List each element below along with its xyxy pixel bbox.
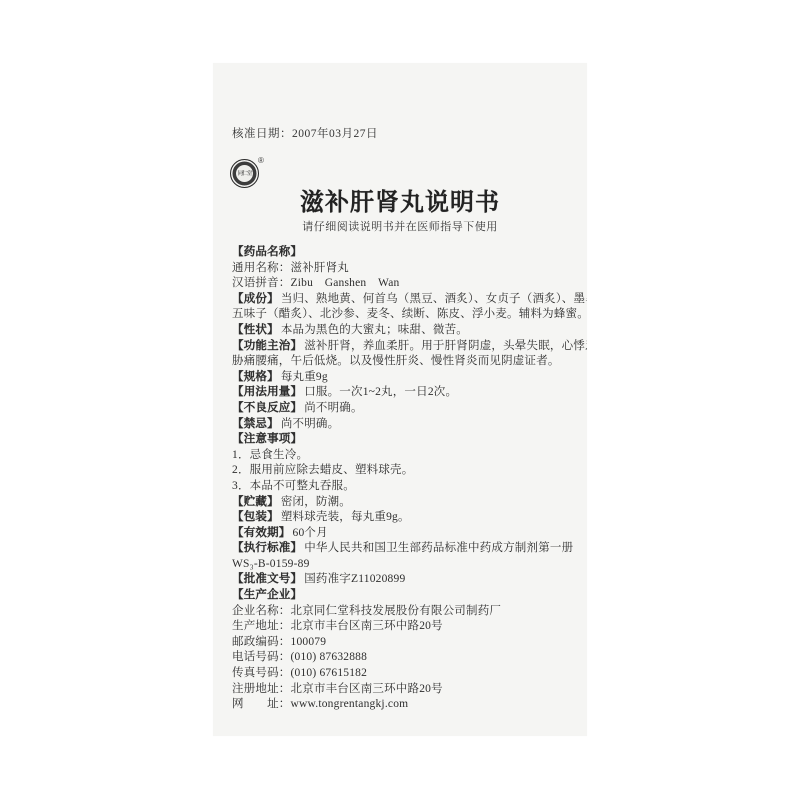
insert-line: 传真号码：(010) 67615182: [232, 666, 575, 682]
section-text: 塑料球壳装，每丸重9g。: [281, 511, 410, 523]
section-text: 胁痛腰痛，午后低烧。以及慢性肝炎、慢性肾炎而见阴虚证者。: [232, 355, 560, 367]
insert-line: WS₃-B-0159-89: [232, 557, 575, 573]
insert-line: 【贮藏】密闭，防潮。: [232, 495, 575, 511]
section-text: 当归、熟地黄、何首乌（黑豆、酒炙）、女贞子（酒炙）、墨旱莲、: [281, 293, 587, 305]
section-text: 3．本品不可整丸吞服。: [232, 480, 355, 492]
section-text: 国药准字Z11020899: [304, 573, 405, 585]
insert-line: 【批准文号】国药准字Z11020899: [232, 572, 575, 588]
approval-date: 核准日期：2007年03月27日: [232, 127, 587, 141]
insert-line: 【包装】塑料球壳装，每丸重9g。: [232, 510, 575, 526]
section-header: 【生产企业】: [232, 589, 302, 601]
section-header: 【有效期】: [232, 527, 291, 539]
section-text: 五味子（醋炙）、北沙参、麦冬、续断、陈皮、浮小麦。辅料为蜂蜜。: [232, 308, 587, 320]
insert-line: 【生产企业】: [232, 588, 575, 604]
section-header: 【不良反应】: [232, 402, 302, 414]
section-text: 滋补肝肾，养血柔肝。用于肝肾阴虚，头晕失眠，心悸乏力，: [304, 340, 587, 352]
section-text: 尚不明确。: [281, 418, 340, 430]
section-text: 邮政编码：100079: [232, 636, 326, 648]
insert-line: 注册地址：北京市丰台区南三环中路20号: [232, 682, 575, 698]
insert-line: 邮政编码：100079: [232, 635, 575, 651]
insert-line: 胁痛腰痛，午后低烧。以及慢性肝炎、慢性肾炎而见阴虚证者。: [232, 354, 575, 370]
section-header: 【包装】: [232, 511, 279, 523]
insert-line: 3．本品不可整丸吞服。: [232, 479, 575, 495]
section-text: 1．忌食生冷。: [232, 449, 308, 461]
section-text: 网 址：www.tongrentangkj.com: [232, 698, 408, 710]
section-text: 生产地址：北京市丰台区南三环中路20号: [232, 620, 443, 632]
section-text: 口服。一次1~2丸，一日2次。: [304, 386, 457, 398]
section-header: 【性状】: [232, 324, 279, 336]
insert-title: 滋补肝肾丸说明书: [213, 191, 587, 215]
section-text: 中华人民共和国卫生部药品标准中药成方制剂第一册: [304, 542, 573, 554]
package-insert-page: 核准日期：2007年03月27日 同仁堂 ® 滋补肝肾丸说明书 请仔细阅读说明书…: [213, 63, 587, 736]
insert-subtitle: 请仔细阅读说明书并在医师指导下使用: [213, 220, 587, 234]
insert-line: 【成份】当归、熟地黄、何首乌（黑豆、酒炙）、女贞子（酒炙）、墨旱莲、: [232, 292, 575, 308]
section-header: 【禁忌】: [232, 418, 279, 430]
section-text: 企业名称：北京同仁堂科技发展股份有限公司制药厂: [232, 605, 501, 617]
insert-line: 五味子（醋炙）、北沙参、麦冬、续断、陈皮、浮小麦。辅料为蜂蜜。: [232, 307, 575, 323]
insert-line: 【性状】本品为黑色的大蜜丸；味甜、微苦。: [232, 323, 575, 339]
section-text: 2．服用前应除去蜡皮、塑料球壳。: [232, 464, 413, 476]
insert-body: 【药品名称】通用名称：滋补肝肾丸汉语拼音：Zibu Ganshen Wan【成份…: [232, 245, 575, 713]
section-header: 【贮藏】: [232, 496, 279, 508]
section-header: 【批准文号】: [232, 573, 302, 585]
insert-line: 【注意事项】: [232, 432, 575, 448]
insert-line: 2．服用前应除去蜡皮、塑料球壳。: [232, 463, 575, 479]
section-header: 【药品名称】: [232, 246, 302, 258]
section-text: 密闭，防潮。: [281, 496, 351, 508]
section-text: 60个月: [293, 527, 328, 539]
section-header: 【功能主治】: [232, 340, 302, 352]
insert-line: 【有效期】60个月: [232, 526, 575, 542]
section-text: WS₃-B-0159-89: [232, 558, 310, 570]
insert-line: 网 址：www.tongrentangkj.com: [232, 697, 575, 713]
section-header: 【规格】: [232, 371, 279, 383]
tongrentang-seal-icon: 同仁堂: [230, 159, 259, 188]
section-text: 传真号码：(010) 67615182: [232, 667, 367, 679]
insert-line: 企业名称：北京同仁堂科技发展股份有限公司制药厂: [232, 604, 575, 620]
registered-trademark-icon: ®: [258, 157, 264, 165]
section-text: 通用名称：滋补肝肾丸: [232, 262, 349, 274]
section-text: 电话号码：(010) 87632888: [232, 651, 367, 663]
insert-line: 通用名称：滋补肝肾丸: [232, 261, 575, 277]
section-header: 【成份】: [232, 293, 279, 305]
section-text: 每丸重9g: [281, 371, 328, 383]
insert-line: 【规格】每丸重9g: [232, 370, 575, 386]
insert-line: 汉语拼音：Zibu Ganshen Wan: [232, 276, 575, 292]
insert-line: 【药品名称】: [232, 245, 575, 261]
insert-line: 【不良反应】尚不明确。: [232, 401, 575, 417]
section-header: 【注意事项】: [232, 433, 302, 445]
insert-line: 【禁忌】尚不明确。: [232, 417, 575, 433]
section-text: 尚不明确。: [304, 402, 363, 414]
insert-line: 【用法用量】口服。一次1~2丸，一日2次。: [232, 385, 575, 401]
insert-line: 【功能主治】滋补肝肾，养血柔肝。用于肝肾阴虚，头晕失眠，心悸乏力，: [232, 339, 575, 355]
insert-line: 【执行标准】中华人民共和国卫生部药品标准中药成方制剂第一册: [232, 541, 575, 557]
section-text: 注册地址：北京市丰台区南三环中路20号: [232, 683, 443, 695]
section-header: 【执行标准】: [232, 542, 302, 554]
insert-line: 生产地址：北京市丰台区南三环中路20号: [232, 619, 575, 635]
seal-characters: 同仁堂: [237, 171, 251, 177]
section-header: 【用法用量】: [232, 386, 302, 398]
brand-logo: 同仁堂 ®: [230, 157, 274, 187]
insert-line: 1．忌食生冷。: [232, 448, 575, 464]
insert-line: 电话号码：(010) 87632888: [232, 650, 575, 666]
section-text: 本品为黑色的大蜜丸；味甜、微苦。: [281, 324, 468, 336]
section-text: 汉语拼音：Zibu Ganshen Wan: [232, 277, 399, 289]
